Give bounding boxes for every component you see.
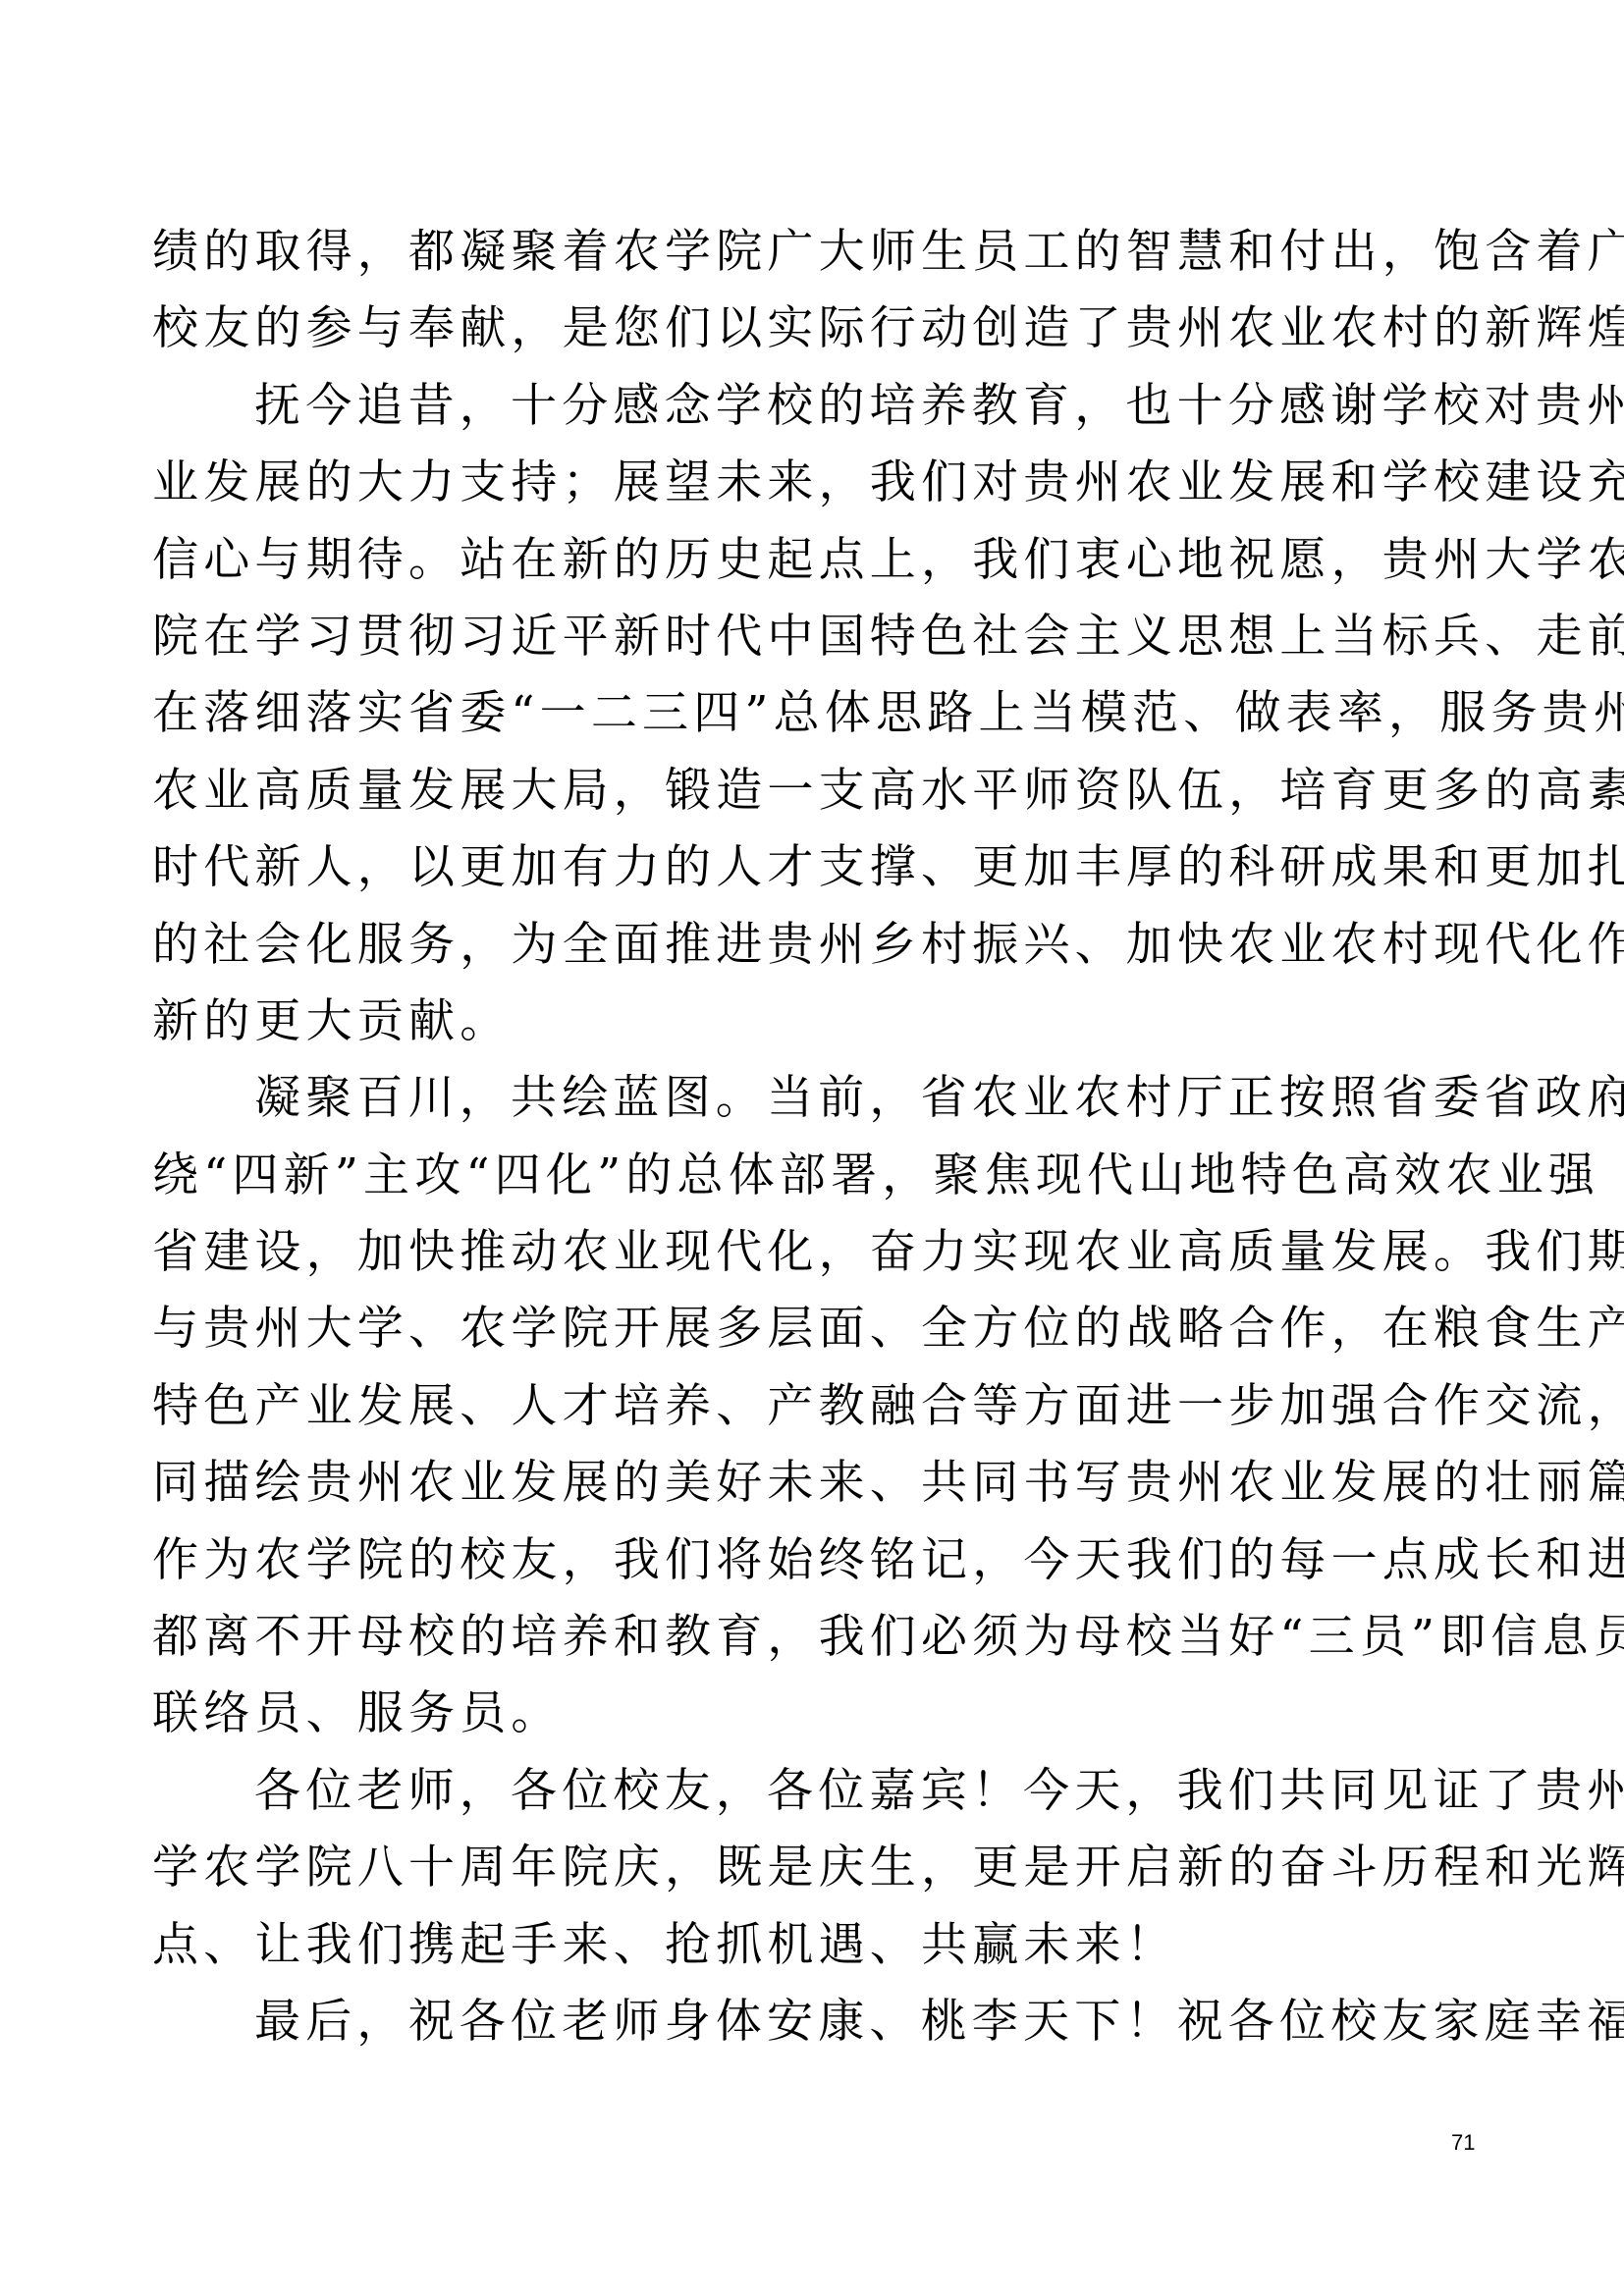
- paragraph-first-line: 抚今追昔，十分感念学校的培养教育，也十分感谢学校对贵州农: [152, 368, 1489, 445]
- text-line: 校友的参与奉献，是您们以实际行动创造了贵州农业农村的新辉煌。: [152, 291, 1489, 367]
- text-line: 省建设，加快推动农业现代化，奋力实现农业高质量发展。我们期待: [152, 1214, 1489, 1291]
- text-line: 点、让我们携起手来、抢抓机遇、共赢未来！: [152, 1907, 1489, 1984]
- paragraph-first-line: 凝聚百川，共绘蓝图。当前，省农业农村厅正按照省委省政府围: [152, 1060, 1489, 1137]
- text-line: 农业高质量发展大局，锻造一支高水平师资队伍，培育更多的高素质: [152, 753, 1489, 829]
- text-line: 业发展的大力支持；展望未来，我们对贵州农业发展和学校建设充满: [152, 445, 1489, 521]
- page-number: 71: [1451, 2130, 1475, 2156]
- text-line: 作为农学院的校友，我们将始终铭记，今天我们的每一点成长和进步，: [152, 1522, 1489, 1599]
- paragraph-first-line: 最后，祝各位老师身体安康、桃李天下！祝各位校友家庭幸福、: [152, 1984, 1489, 2060]
- text-line: 院在学习贯彻习近平新时代中国特色社会主义思想上当标兵、走前列，: [152, 599, 1489, 675]
- body-text: 绩的取得，都凝聚着农学院广大师生员工的智慧和付出，饱含着广大 校友的参与奉献，是…: [152, 214, 1489, 2060]
- text-line: 与贵州大学、农学院开展多层面、全方位的战略合作，在粮食生产、: [152, 1291, 1489, 1367]
- text-line: 在落细落实省委“一二三四”总体思路上当模范、做表率，服务贵州: [152, 675, 1489, 752]
- text-line: 特色产业发展、人才培养、产教融合等方面进一步加强合作交流，共: [152, 1368, 1489, 1445]
- text-line: 同描绘贵州农业发展的美好未来、共同书写贵州农业发展的壮丽篇章。: [152, 1445, 1489, 1522]
- text-line: 的社会化服务，为全面推进贵州乡村振兴、加快农业农村现代化作出: [152, 907, 1489, 984]
- text-line: 学农学院八十周年院庆，既是庆生，更是开启新的奋斗历程和光辉起: [152, 1830, 1489, 1906]
- text-line: 绩的取得，都凝聚着农学院广大师生员工的智慧和付出，饱含着广大: [152, 214, 1489, 291]
- text-line: 新的更大贡献。: [152, 984, 1489, 1060]
- document-page: 绩的取得，都凝聚着农学院广大师生员工的智慧和付出，饱含着广大 校友的参与奉献，是…: [0, 0, 1624, 2296]
- paragraph-first-line: 各位老师，各位校友，各位嘉宾！今天，我们共同见证了贵州大: [152, 1753, 1489, 1830]
- text-line: 绕“四新”主攻“四化”的总体部署，聚焦现代山地特色高效农业强: [152, 1138, 1489, 1214]
- text-line: 都离不开母校的培养和教育，我们必须为母校当好“三员”即信息员、: [152, 1599, 1489, 1676]
- text-line: 信心与期待。站在新的历史起点上，我们衷心地祝愿，贵州大学农学: [152, 522, 1489, 599]
- text-line: 联络员、服务员。: [152, 1676, 1489, 1752]
- text-line: 时代新人，以更加有力的人才支撑、更加丰厚的科研成果和更加扎实: [152, 829, 1489, 906]
